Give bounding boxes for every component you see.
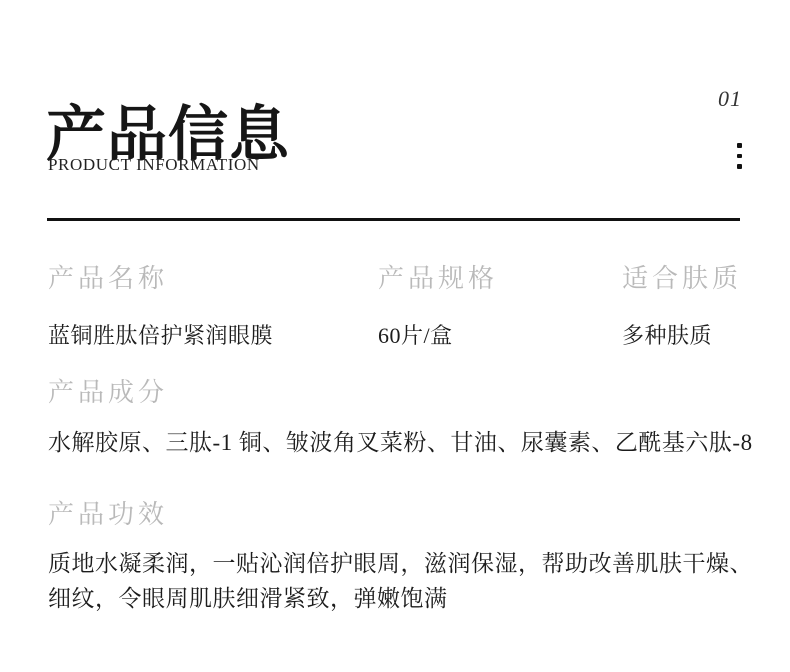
page-subtitle: PRODUCT INFORMATION: [48, 155, 260, 175]
spec-label: 适合肤质: [622, 258, 742, 295]
efficacy-text: 质地水凝柔润，一贴沁润倍护眼周，滋润保湿，帮助改善肌肤干燥、细纹，令眼周肌肤细滑…: [48, 546, 754, 616]
header-divider: [47, 218, 740, 221]
ingredients-section-label: 产品成分: [48, 372, 168, 409]
spec-column-product-name: 产品名称 蓝铜胜肽倍护紧润眼膜: [48, 258, 273, 350]
page-number: 01: [718, 86, 742, 112]
dot: [737, 154, 742, 159]
dot: [737, 164, 742, 169]
spec-value: 蓝铜胜肽倍护紧润眼膜: [48, 319, 273, 350]
ingredients-text: 水解胶原、三肽-1 铜、皱波角叉菜粉、甘油、尿囊素、乙酰基六肽-8: [48, 426, 760, 460]
dot: [737, 143, 742, 148]
spec-value: 多种肤质: [622, 319, 742, 350]
spec-label: 产品规格: [378, 258, 498, 295]
spec-value: 60片/盒: [378, 319, 498, 350]
spec-column-product-spec: 产品规格 60片/盒: [378, 258, 498, 350]
spec-column-skin-type: 适合肤质 多种肤质: [622, 258, 742, 350]
spec-label: 产品名称: [48, 258, 273, 295]
vertical-dots-icon: [737, 143, 742, 169]
efficacy-section-label: 产品功效: [48, 494, 168, 531]
product-information-page: 产品信息 PRODUCT INFORMATION 01 产品名称 蓝铜胜肽倍护紧…: [0, 0, 790, 672]
